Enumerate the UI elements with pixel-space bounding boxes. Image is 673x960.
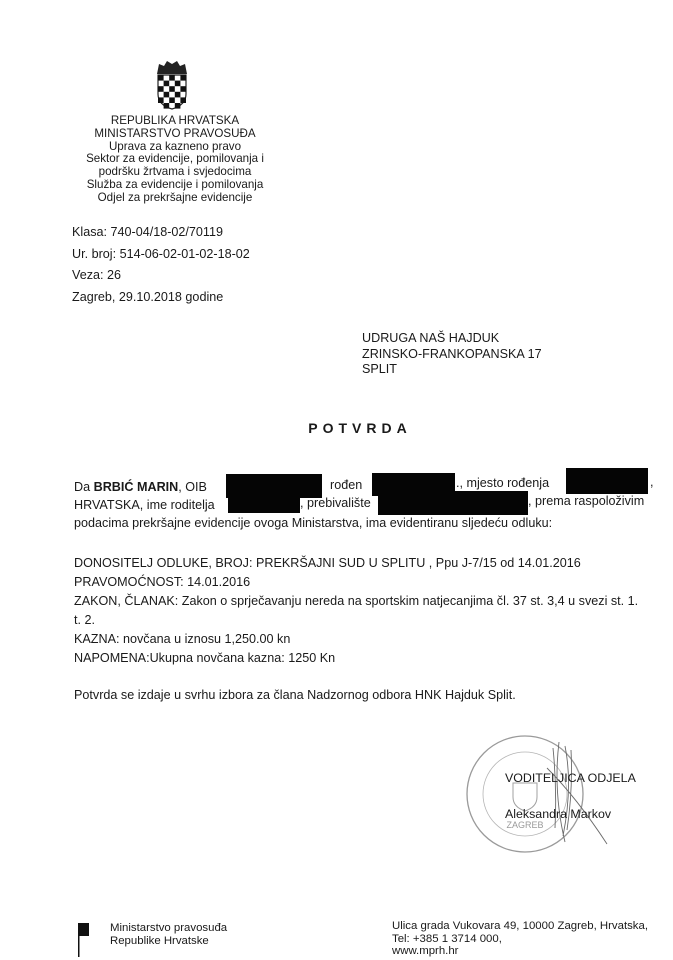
reference-block: Klasa: 740-04/18-02/70119 Ur. broj: 514-…: [72, 222, 250, 308]
birthplace-label: ., mjesto rođenja: [456, 476, 549, 490]
body-line-1: Da BRBIĆ MARIN, OIB: [74, 480, 207, 494]
footer-ministry-line1: Ministarstvo pravosuđa: [110, 922, 227, 935]
decision-note: NAPOMENA:Ukupna novčana kazna: 1250 Kn: [74, 651, 335, 665]
signature-block: VODITELJICA ODJELA Aleksandra Markov: [505, 760, 636, 832]
signer-name: Aleksandra Markov: [505, 796, 636, 832]
born-label: rođen: [330, 478, 362, 492]
redacted-parent-name: [228, 491, 300, 513]
veza: Veza: 26: [72, 265, 250, 287]
redacted-place-of-birth: [566, 468, 648, 494]
header-line: MINISTARSTVO PRAVOSUĐA: [70, 128, 280, 141]
recipient-city: SPLIT: [362, 362, 542, 378]
oib-label: , OIB: [178, 480, 207, 494]
person-name: BRBIĆ MARIN: [94, 480, 179, 494]
recipient-street: ZRINSKO-FRANKOPANSKA 17: [362, 347, 542, 363]
croatian-coat-of-arms-icon: [155, 60, 189, 110]
body-line-2: HRVATSKA, ime roditelja: [74, 498, 215, 512]
issuer-header: REPUBLIKA HRVATSKA MINISTARSTVO PRAVOSUĐ…: [70, 115, 280, 205]
recipient-address: UDRUGA NAŠ HAJDUK ZRINSKO-FRANKOPANSKA 1…: [362, 331, 542, 378]
footer-address: Ulica grada Vukovara 49, 10000 Zagreb, H…: [392, 920, 648, 933]
footer-website: www.mprh.hr: [392, 945, 648, 958]
header-line: Odjel za prekršajne evidencije: [70, 192, 280, 205]
document-title: POTVRDA: [300, 420, 420, 436]
decision-penalty: KAZNA: novčana u iznosu 1,250.00 kn: [74, 632, 290, 646]
decision-law-cont: t. 2.: [74, 613, 95, 627]
header-line: Služba za evidencije i pomilovanja: [70, 179, 280, 192]
line2-trailing: , prema raspoloživim: [528, 494, 644, 508]
footer-phone: Tel: +385 1 3714 000,: [392, 933, 648, 946]
intro-text: Da: [74, 480, 94, 494]
klasa: Klasa: 740-04/18-02/70119: [72, 222, 250, 244]
decision-law: ZAKON, ČLANAK: Zakon o sprječavanju nere…: [74, 594, 638, 608]
purpose-statement: Potvrda se izdaje u svrhu izbora za član…: [74, 688, 516, 702]
recipient-name: UDRUGA NAŠ HAJDUK: [362, 331, 542, 347]
body-line-3: podacima prekršajne evidencije ovoga Min…: [74, 516, 552, 530]
decision-issuer: DONOSITELJ ODLUKE, BROJ: PREKRŠAJNI SUD …: [74, 556, 581, 570]
footer-contact: Ulica grada Vukovara 49, 10000 Zagreb, H…: [392, 920, 648, 958]
signer-role: VODITELJICA ODJELA: [505, 760, 636, 796]
footer-ministry: Ministarstvo pravosuđa Republike Hrvatsk…: [110, 922, 227, 947]
header-line: REPUBLIKA HRVATSKA: [70, 115, 280, 128]
ur-broj: Ur. broj: 514-06-02-01-02-18-02: [72, 244, 250, 266]
place-date: Zagreb, 29.10.2018 godine: [72, 287, 250, 309]
decision-finality: PRAVOMOĆNOST: 14.01.2016: [74, 575, 250, 589]
ministry-flag-logo-icon: [76, 923, 90, 957]
footer-ministry-line2: Republike Hrvatske: [110, 935, 227, 948]
redacted-residence: [378, 491, 528, 515]
residence-label: , prebivalište: [300, 496, 371, 510]
line1-trailing: ,: [650, 475, 654, 489]
